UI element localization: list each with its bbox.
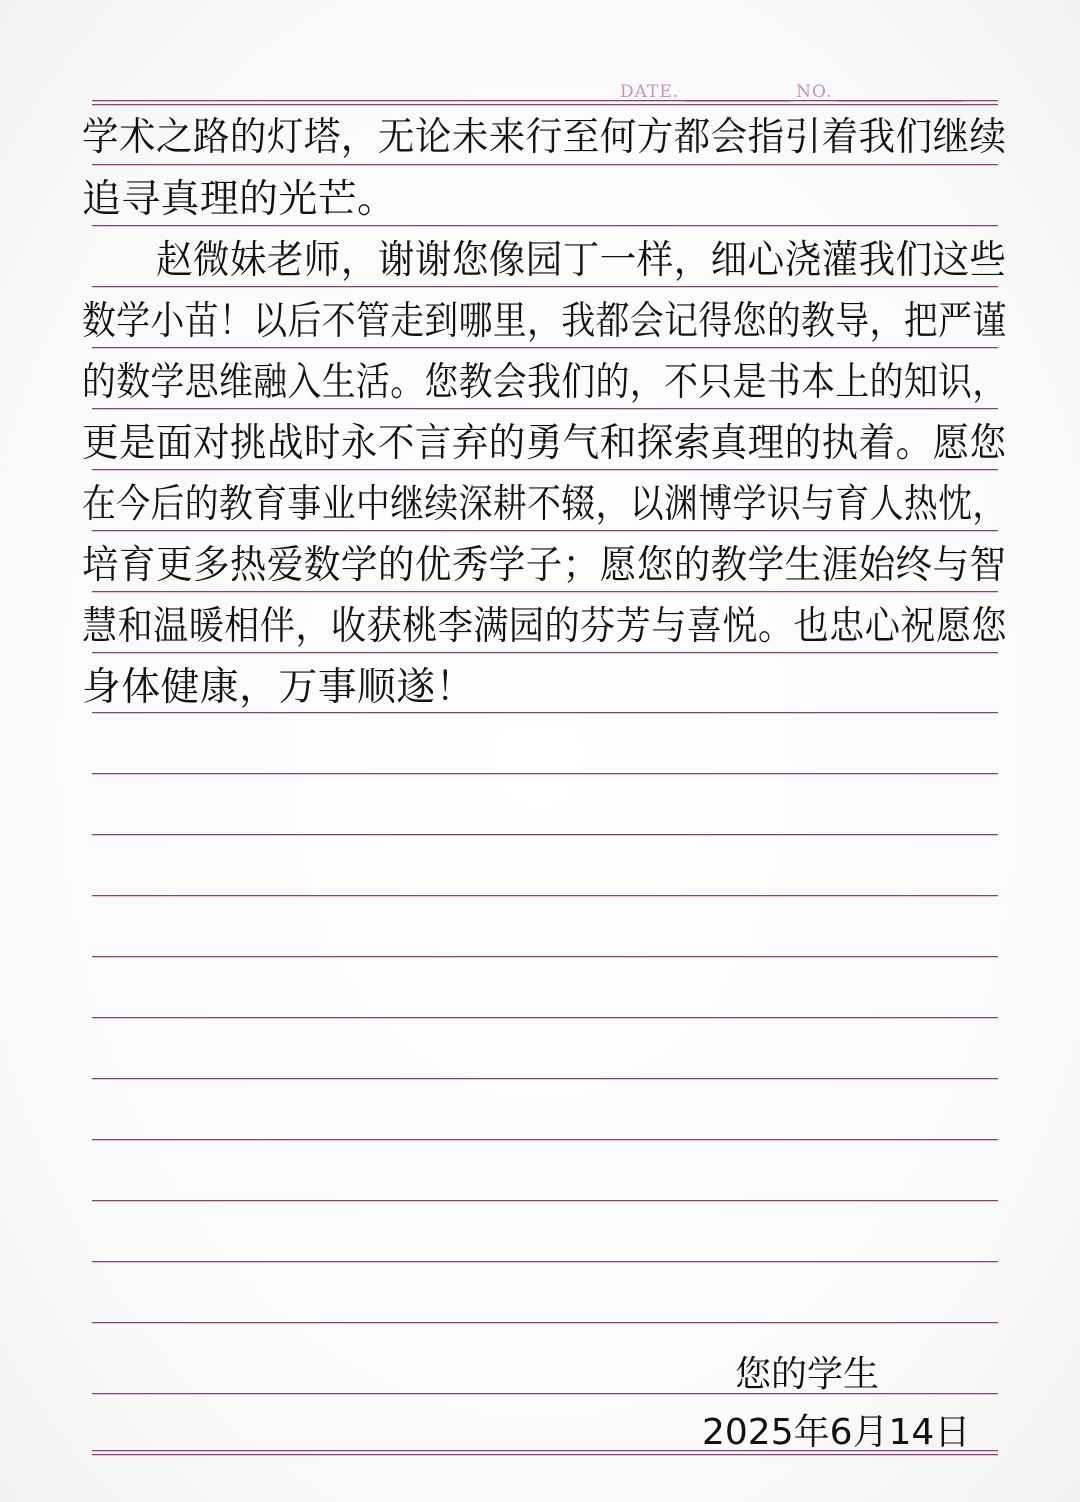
letter-line: 数学小苗！以后不管走到哪里，我都会记得您的教导，把严谨 — [82, 298, 888, 346]
top-double-rule — [92, 100, 998, 101]
page-header: DATE. NO. — [620, 78, 969, 102]
signature-date: 2025年6月14日 — [702, 1404, 970, 1455]
signature-closing: 您的学生 — [735, 1346, 879, 1397]
ruled-line — [92, 225, 998, 226]
date-label: DATE. — [620, 82, 679, 102]
ruled-line — [92, 347, 998, 348]
number-label: NO. — [796, 82, 832, 102]
ruled-line — [92, 773, 998, 774]
letter-line: 培育更多热爱数学的优秀学子；愿您的教学生涯始终与智 — [82, 542, 953, 590]
letter-line: 在今后的教育事业中继续深耕不辍，以渊博学识与育人热忱， — [82, 481, 888, 529]
ruled-line — [92, 591, 998, 592]
ruled-line — [92, 164, 998, 165]
ruled-line — [92, 469, 998, 470]
letter-line: 赵微妹老师，谢谢您像园丁一样，细心浇灌我们这些 — [82, 237, 953, 285]
ruled-line — [92, 1261, 998, 1262]
ruled-line — [92, 895, 998, 896]
ruled-line — [92, 1139, 998, 1140]
letter-paper: DATE. NO. 学术之路的灯塔，无论未来行至何方都会指引着我们继续 追寻真理… — [0, 0, 1080, 1502]
ruled-line — [92, 1200, 998, 1201]
letter-line: 追寻真理的光芒。 — [82, 176, 1007, 224]
ruled-line — [92, 956, 998, 957]
letter-line: 身体健康，万事顺遂！ — [82, 664, 1007, 712]
ruled-line — [92, 1322, 998, 1323]
letter-line: 学术之路的灯塔，无论未来行至何方都会指引着我们继续 — [82, 114, 953, 162]
ruled-line — [92, 652, 998, 653]
ruled-line — [92, 712, 998, 713]
ruled-line — [92, 834, 998, 835]
ruled-line — [92, 1078, 998, 1079]
ruled-line — [92, 408, 998, 409]
ruled-line — [92, 1017, 998, 1018]
letter-line: 更是面对挑战时永不言弃的勇气和探索真理的执着。愿您 — [82, 420, 953, 468]
ruled-line — [92, 530, 998, 531]
letter-line: 慧和温暖相伴，收获桃李满园的芬芳与喜悦。也忠心祝愿您 — [82, 603, 920, 651]
ruled-line — [92, 286, 998, 287]
letter-line: 的数学思维融入生活。您教会我们的，不只是书本上的知识， — [82, 359, 888, 407]
